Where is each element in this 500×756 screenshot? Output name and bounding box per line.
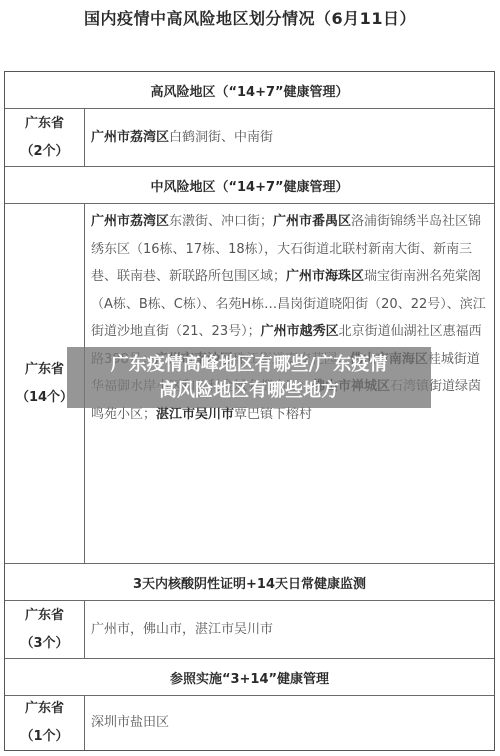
area-count: （14个） [16,384,73,412]
district-name: 广州市越秀区 [261,324,339,339]
area-detail: 深圳市盐田区 [91,715,169,730]
district-name: 广州市番禺区 [273,214,351,229]
province-cell: 广东省 （2个） [5,109,85,166]
province-cell: 广东省 （3个） [5,601,85,658]
table-row-high-risk: 广东省 （2个） 广州市荔湾区白鹤洞街、中南街 [5,109,494,167]
risk-area-table: 高风险地区（“14+7”健康管理） 广东省 （2个） 广州市荔湾区白鹤洞街、中南… [4,71,495,751]
caption-overlay: 广东疫情高峰地区有哪些/广东疫情 高风险地区有哪些地方 [67,347,431,408]
area-detail: 覃巴镇下榕村 [234,407,312,422]
section-header-3-plus-14: 参照实施“3+14”健康管理 [5,659,494,696]
section-header-health-monitoring: 3天内核酸阴性证明+14天日常健康监测 [5,564,494,601]
caption-line-1: 广东疫情高峰地区有哪些/广东疫情 [111,352,388,378]
area-count: （1个） [20,723,68,751]
district-name: 广州市荔湾区 [91,214,169,229]
table-row-3-plus-14: 广东省 （1个） 深圳市盐田区 [5,696,494,750]
district-name: 广州市荔湾区 [91,130,169,145]
table-row-health-monitoring: 广东省 （3个） 广州市，佛山市，湛江市吴川市 [5,601,494,659]
area-detail: 广州市，佛山市，湛江市吴川市 [91,622,273,637]
area-count: （3个） [20,630,68,658]
province-name: 广东省 [25,695,64,723]
area-detail: 东漖街、冲口街； [169,214,273,229]
section-header-medium-risk: 中风险地区（“14+7”健康管理） [5,167,494,204]
area-list-cell: 广州市荔湾区白鹤洞街、中南街 [85,109,494,166]
district-name: 广州市海珠区 [286,269,364,284]
area-count: （2个） [20,138,68,166]
district-name: 湛江市吴川市 [156,407,234,422]
province-cell: 广东省 （1个） [5,696,85,750]
area-detail: 白鹤洞街、中南街 [169,130,273,145]
section-header-high-risk: 高风险地区（“14+7”健康管理） [5,72,494,109]
area-list-cell: 深圳市盐田区 [85,696,494,750]
document-title: 国内疫情中高风险地区划分情况（6月11日） [0,6,500,29]
province-name: 广东省 [25,602,64,630]
province-name: 广东省 [25,356,64,384]
caption-line-2: 高风险地区有哪些地方 [159,378,339,404]
province-name: 广东省 [25,110,64,138]
area-list-cell: 广州市，佛山市，湛江市吴川市 [85,601,494,658]
